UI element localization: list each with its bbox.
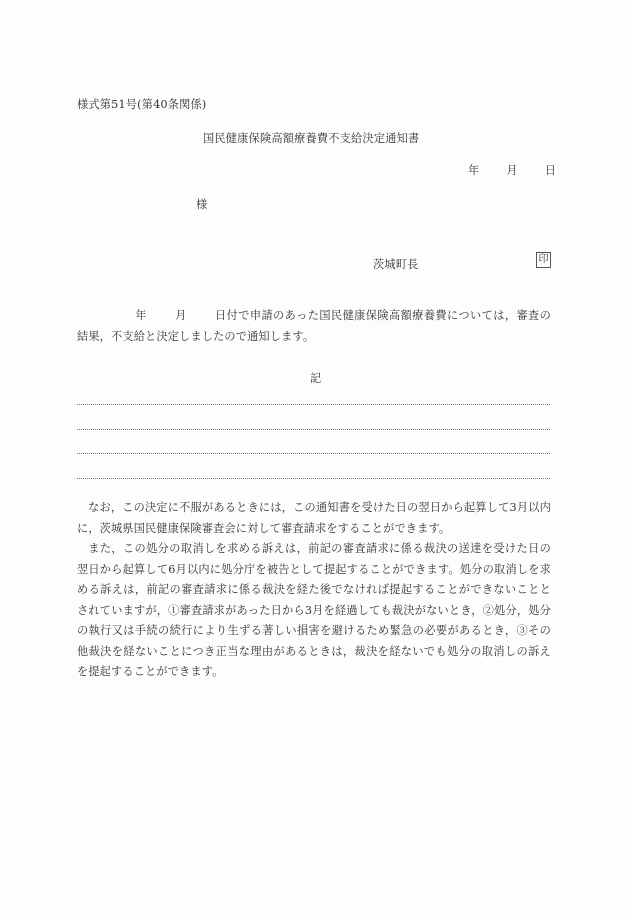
record-line-3 [77,453,550,454]
notice-paragraph-lawsuit-text: また，この処分の取消しを求める訴えは，前記の審査請求に係る裁決の送達を受けた日の… [77,542,551,678]
ki-heading: 記 [310,370,321,386]
date-month-label: 月 [506,162,517,178]
notice-paragraph-appeal-text: なお，この決定に不服があるときには，この通知書を受けた日の翌日から起算して3月以… [77,501,551,535]
seal-mark: 印 [536,252,551,268]
date-day-label: 日 [545,162,556,178]
record-line-2 [77,429,550,430]
addressee-suffix: 様 [196,196,207,212]
form-number: 様式第51号(第40条関係) [77,96,207,112]
notice-paragraph-appeal: なお，この決定に不服があるときには，この通知書を受けた日の翌日から起算して3月以… [77,498,551,539]
body-lead-month: 月 [175,309,187,322]
notice-paragraph-lawsuit: また，この処分の取消しを求める訴えは，前記の審査請求に係る裁決の送達を受けた日の… [77,539,551,683]
date-year-label: 年 [468,162,479,178]
document-title: 国民健康保険高額療養費不支給決定通知書 [203,130,419,146]
body-text: 日付で申請のあった国民健康保険高額療養費については，審査の結果，不支給と決定しま… [77,309,551,343]
date-line: 年月日 [468,162,556,178]
body-paragraph: 年月日付で申請のあった国民健康保険高額療養費については，審査の結果，不支給と決定… [77,306,551,347]
body-lead-year: 年 [135,309,147,322]
issuer-name: 茨城町長 [373,256,419,272]
record-line-1 [77,404,550,405]
record-line-4 [77,478,550,479]
